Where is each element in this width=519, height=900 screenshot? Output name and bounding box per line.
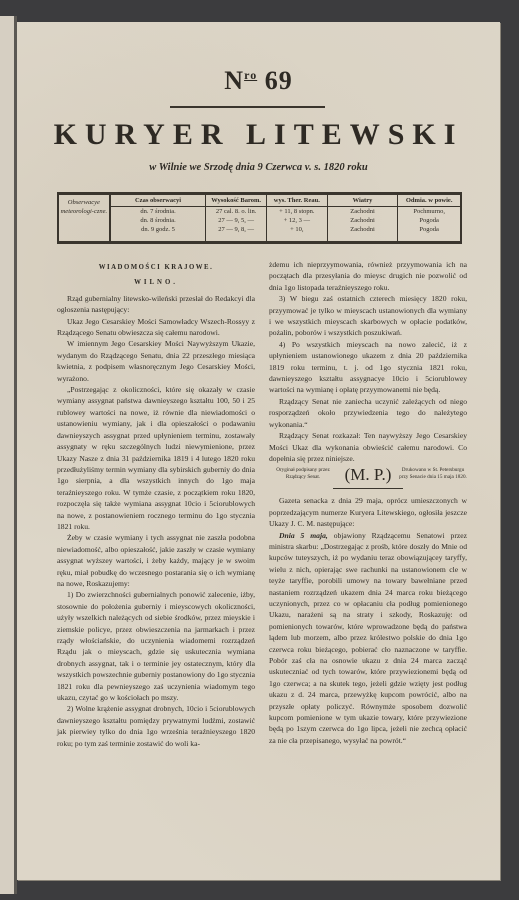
meteo-header: Wiatry: [328, 195, 398, 207]
meteo-cell: Zachodni: [328, 207, 398, 216]
meteo-cell: + 11, 8 stopn.: [267, 207, 327, 216]
signature-block: Oryginał podpisany przez Rządzący Senat.…: [269, 467, 467, 481]
masthead-title: KURYER LITEWSKI: [17, 118, 500, 152]
meteo-cell: dn. 8 środnia.: [111, 216, 206, 225]
paragraph: Dnia 5 maja, objawiony Rządzącemu Senato…: [269, 530, 467, 747]
meteo-cell: 27 cal. 8. o. lin.: [206, 207, 266, 216]
meteo-cell: dn. 7 środnia.: [111, 207, 206, 216]
title-rule: [170, 106, 325, 108]
issue-suffix: ro: [244, 68, 257, 82]
paragraph: żdemu ich nieprzyymowania, również przyy…: [269, 259, 467, 293]
meteo-cell: 27 — 9, 5, —: [206, 216, 266, 225]
meteo-col-barometer: Wysokość Barom. 27 cal. 8. o. lin. 27 — …: [206, 195, 267, 241]
meteo-cell: + 10,: [267, 225, 327, 234]
meteo-header: Czas obserwacyi: [111, 195, 206, 207]
paragraph: Rząd gubernialny litewsko-wileński przes…: [57, 293, 255, 316]
signature-right: Drukowano w St. Petersburgu przy Senacie…: [399, 467, 467, 481]
paragraph: 4) Po wszystkich mieyscach na nowo zalec…: [269, 339, 467, 396]
meteo-cell: Zachodni: [328, 216, 398, 225]
article-columns: WIADOMOŚCI KRAJOWE. WILNO. Rząd gubernia…: [57, 259, 467, 749]
dated-paragraph-text: objawiony Rządzącemu Senatowi przez mini…: [269, 531, 467, 745]
paragraph: 2) Wolne krążenie assygnat drobnych, 10c…: [57, 703, 255, 749]
adjacent-page-edge: [0, 16, 17, 894]
paragraph: Rządzący Senat nie zaniecha uczynić zale…: [269, 396, 467, 430]
paragraph: „Postrzegając z okoliczności, które się …: [57, 384, 255, 532]
meteo-header: Odmia. w powie.: [398, 195, 460, 207]
seal-mark: (M. P.): [342, 471, 395, 478]
paragraph: W imiennym Jego Cesarskiey Mości Naywyżs…: [57, 338, 255, 384]
meteo-col-time: Czas obserwacyi dn. 7 środnia. dn. 8 śro…: [111, 195, 207, 241]
meteo-cell: Zachodni: [328, 225, 398, 234]
meteorological-table: Obserwacye meteorologi-czne. Czas obserw…: [57, 192, 462, 244]
issue-number: Nro 69: [17, 66, 500, 96]
meteo-col-thermometer: wys. Ther. Reau. + 11, 8 stopn. + 12, 3 …: [267, 195, 328, 241]
paragraph: Ukaz Jego Cesarskiey Mości Samowładcy Ws…: [57, 316, 255, 339]
meteo-col-wind: Wiatry Zachodni Zachodni Zachodni: [328, 195, 399, 241]
meteo-cell: Pochmurno,: [398, 207, 460, 216]
meteo-header: wys. Ther. Reau.: [267, 195, 327, 207]
divider: [333, 488, 403, 489]
section-title: WIADOMOŚCI KRAJOWE.: [57, 262, 255, 273]
meteo-cell: + 12, 3 —: [267, 216, 327, 225]
right-column: żdemu ich nieprzyymowania, również przyy…: [269, 259, 467, 749]
meteo-col-weather: Odmia. w powie. Pochmurno, Pogoda Pogoda: [398, 195, 462, 241]
paragraph: Żeby w czasie wymiany i tych assygnat ni…: [57, 532, 255, 589]
left-column: WIADOMOŚCI KRAJOWE. WILNO. Rząd gubernia…: [57, 259, 255, 749]
newspaper-page: Nro 69 KURYER LITEWSKI w Wilnie we Srzod…: [17, 22, 500, 880]
paragraph: 3) W biegu zaś ostatnich czterech miesię…: [269, 293, 467, 339]
dateline: w Wilnie we Srzodę dnia 9 Czerwca v. s. …: [17, 162, 500, 173]
meteo-label: Obserwacye meteorologi-czne.: [57, 195, 111, 241]
issue-prefix: N: [224, 66, 244, 95]
meteo-cell: dn. 9 godz. 5: [111, 225, 206, 234]
signature-left: Oryginał podpisany przez Rządzący Senat.: [269, 467, 337, 481]
meteo-cell: 27 — 9, 8, —: [206, 225, 266, 234]
issue-number-value: 69: [265, 66, 293, 95]
paragraph: Rządzący Senat rozkazał: Ten naywyższy J…: [269, 430, 467, 464]
meteo-header: Wysokość Barom.: [206, 195, 266, 207]
dated-lead: Dnia 5 maja,: [279, 531, 328, 540]
meteo-cell: Pogoda: [398, 225, 460, 234]
meteo-cell: Pogoda: [398, 216, 460, 225]
paragraph: Gazeta senacka z dnia 29 maja, oprócz um…: [269, 495, 467, 529]
section-subtitle: WILNO.: [57, 277, 255, 288]
paragraph: 1) Do zwierzchności gubernialnych ponowi…: [57, 589, 255, 703]
